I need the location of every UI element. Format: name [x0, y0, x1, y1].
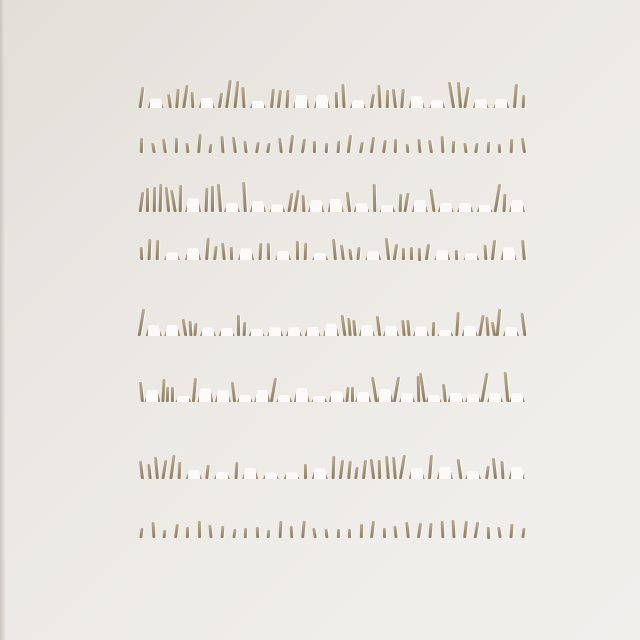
- cut-mark: [492, 458, 497, 479]
- cut-mark: [370, 521, 375, 538]
- cut-row: [140, 308, 525, 336]
- cut-mark: [209, 144, 213, 153]
- cut-mark: [509, 393, 525, 402]
- cut-mark: [365, 251, 381, 260]
- cut-mark: [496, 309, 502, 336]
- cut-mark: [289, 135, 294, 153]
- cut-mark: [215, 390, 231, 402]
- cut-mark: [146, 325, 162, 336]
- cut-mark: [521, 240, 526, 260]
- cut-mark: [324, 529, 328, 538]
- cut-mark: [162, 139, 167, 153]
- cut-mark: [418, 248, 421, 261]
- cut-mark: [382, 140, 387, 153]
- cut-mark: [242, 468, 258, 479]
- cut-mark: [501, 247, 517, 260]
- cut-mark: [138, 309, 146, 336]
- cut-mark: [463, 253, 479, 260]
- cut-mark: [475, 143, 480, 153]
- cut-mark: [336, 141, 340, 153]
- cut-mark: [371, 377, 378, 402]
- cut-mark: [425, 244, 430, 260]
- cut-mark: [293, 95, 309, 108]
- cut-mark: [479, 315, 486, 336]
- cut-mark: [243, 141, 247, 153]
- cut-mark: [151, 522, 155, 538]
- cut-mark: [347, 135, 352, 153]
- cut-mark: [182, 319, 188, 336]
- cut-mark: [462, 326, 478, 336]
- cut-mark: [199, 98, 215, 108]
- cut-mark: [139, 87, 145, 108]
- cut-mark: [284, 472, 300, 479]
- cut-mark: [332, 239, 337, 260]
- cut-mark: [153, 187, 156, 212]
- cut-mark: [151, 143, 156, 153]
- cut-mark: [413, 326, 429, 336]
- cut-mark: [500, 461, 504, 479]
- cut-mark: [204, 188, 208, 212]
- cut-mark: [205, 238, 210, 260]
- cut-mark: [521, 95, 525, 108]
- cut-mark: [402, 248, 405, 260]
- cut-mark: [428, 455, 433, 479]
- cut-mark: [465, 471, 481, 479]
- cut-mark: [378, 85, 382, 108]
- cut-mark: [230, 247, 233, 260]
- cut-mark: [429, 100, 445, 108]
- cut-mark: [401, 320, 406, 336]
- cut-row: [140, 80, 525, 108]
- cut-mark: [325, 143, 328, 153]
- cut-row: [140, 372, 525, 402]
- cut-mark: [182, 85, 188, 108]
- cut-mark: [370, 137, 375, 153]
- cut-mark: [480, 373, 488, 402]
- cut-mark: [267, 530, 271, 538]
- cut-mark: [259, 243, 263, 260]
- cut-mark: [426, 395, 442, 402]
- cut-mark: [167, 94, 172, 108]
- cut-mark: [503, 327, 519, 336]
- cut-mark: [456, 82, 461, 108]
- cut-mark: [304, 243, 308, 260]
- cut-mark: [304, 464, 307, 479]
- cut-mark: [498, 527, 502, 538]
- cut-mark: [270, 89, 275, 108]
- cut-mark: [313, 528, 318, 538]
- cut-mark: [254, 390, 270, 402]
- cut-mark: [234, 462, 238, 479]
- cut-mark: [188, 321, 192, 336]
- cut-mark: [510, 139, 514, 153]
- cut-mark: [267, 243, 270, 260]
- cut-mark: [220, 136, 224, 153]
- cut-row: [140, 182, 525, 212]
- cut-mark: [225, 80, 232, 108]
- cut-mark: [233, 81, 239, 108]
- cut-mark: [312, 253, 328, 260]
- cut-mark: [296, 241, 299, 260]
- cut-mark: [170, 190, 177, 212]
- cut-mark: [154, 457, 159, 479]
- cut-mark: [197, 134, 202, 153]
- cut-mark: [494, 184, 502, 212]
- cut-mark: [308, 200, 324, 212]
- cut-mark: [369, 94, 374, 108]
- cut-mark: [237, 395, 253, 402]
- cut-mark: [498, 144, 501, 153]
- cut-mark: [487, 393, 503, 402]
- cut-mark: [417, 139, 421, 153]
- cut-mark: [231, 137, 236, 153]
- cut-mark: [293, 190, 300, 212]
- cut-mark: [487, 527, 490, 539]
- cut-mark: [218, 93, 223, 108]
- cut-mark: [191, 92, 195, 108]
- cut-mark: [376, 316, 382, 336]
- cut-mark: [250, 201, 266, 212]
- cut-mark: [385, 456, 390, 479]
- cut-mark: [342, 84, 346, 108]
- cut-mark: [213, 246, 218, 260]
- cut-mark: [164, 325, 180, 336]
- cut-mark: [314, 95, 330, 108]
- cut-mark: [430, 189, 436, 212]
- cut-mark: [440, 136, 444, 153]
- cut-mark: [194, 323, 198, 336]
- cut-mark: [383, 326, 399, 336]
- cut-row: [140, 133, 525, 153]
- cut-mark: [465, 394, 481, 402]
- cut-mark: [178, 462, 182, 479]
- cut-mark: [394, 526, 398, 538]
- cut-row: [140, 455, 525, 479]
- cut-mark: [432, 322, 435, 336]
- cut-mark: [219, 328, 235, 336]
- cut-mark: [340, 315, 346, 336]
- cut-row: [140, 238, 525, 260]
- cut-mark: [346, 387, 350, 402]
- cut-mark: [477, 205, 493, 212]
- cut-mark: [174, 524, 179, 538]
- cut-mark: [404, 193, 410, 212]
- cut-mark: [359, 142, 364, 153]
- cut-mark: [148, 98, 164, 108]
- cut-mark: [255, 527, 258, 538]
- cut-mark: [270, 378, 277, 402]
- cut-mark: [169, 455, 175, 479]
- cut-mark: [486, 142, 490, 153]
- cut-mark: [290, 526, 294, 538]
- cut-mark: [340, 245, 345, 260]
- cut-mark: [192, 378, 197, 402]
- cut-mark: [463, 87, 470, 108]
- cut-mark: [313, 141, 316, 153]
- cut-mark: [520, 313, 526, 336]
- cut-mark: [509, 467, 525, 479]
- cut-mark: [214, 472, 230, 479]
- cut-mark: [336, 529, 339, 538]
- cut-mark: [185, 198, 201, 212]
- cut-mark: [250, 101, 266, 108]
- cut-mark: [437, 467, 453, 479]
- cut-mark: [231, 382, 236, 402]
- cut-mark: [386, 90, 389, 108]
- cut-mark: [206, 465, 211, 479]
- cut-mark: [485, 466, 490, 479]
- cut-mark: [238, 248, 254, 260]
- cut-mark: [394, 139, 397, 153]
- cut-mark: [263, 472, 279, 479]
- cut-mark: [139, 461, 144, 479]
- cut-mark: [146, 188, 149, 212]
- cut-mark: [332, 456, 336, 479]
- cut-mark: [278, 138, 283, 153]
- cut-mark: [243, 322, 247, 336]
- cut-mark: [412, 200, 428, 212]
- cut-mark: [277, 90, 282, 108]
- cut-mark: [399, 194, 403, 212]
- cut-mark: [255, 142, 260, 153]
- cut-mark: [409, 468, 425, 479]
- cut-mark: [186, 143, 190, 153]
- cut-mark: [221, 526, 225, 538]
- cut-mark: [360, 524, 363, 538]
- cut-mark: [379, 205, 395, 212]
- cut-mark: [224, 203, 240, 212]
- cut-mark: [373, 184, 377, 212]
- cut-mark: [148, 239, 152, 260]
- cut-mark: [166, 387, 169, 402]
- cut-mark: [393, 377, 400, 402]
- cut-mark: [267, 327, 283, 336]
- cut-mark: [312, 468, 328, 479]
- cut-mark: [455, 312, 459, 336]
- cut-mark: [171, 387, 174, 402]
- cut-mark: [198, 521, 201, 538]
- cut-mark: [216, 184, 221, 212]
- cut-mark: [351, 387, 354, 402]
- cut-mark: [456, 459, 462, 479]
- cut-mark: [428, 523, 432, 538]
- cut-mark: [285, 90, 289, 108]
- cut-mark: [502, 194, 506, 212]
- cut-mark: [428, 140, 433, 153]
- cut-mark: [329, 391, 345, 402]
- cut-mark: [347, 461, 352, 479]
- cut-mark: [294, 388, 310, 402]
- cut-mark: [163, 530, 167, 538]
- cut-mark: [362, 460, 367, 479]
- cut-mark: [197, 388, 213, 402]
- cut-mark: [448, 393, 464, 402]
- cut-mark: [448, 82, 455, 108]
- cut-mark: [383, 528, 386, 538]
- cut-mark: [440, 521, 444, 538]
- cut-mark: [520, 138, 525, 153]
- cut-mark: [278, 521, 282, 538]
- cut-mark: [349, 249, 353, 260]
- cut-mark: [328, 199, 344, 212]
- cut-mark: [474, 522, 480, 538]
- cut-mark: [354, 467, 359, 479]
- cut-mark: [399, 455, 406, 479]
- cut-mark: [457, 203, 473, 212]
- cut-mark: [242, 87, 246, 108]
- cut-mark: [286, 327, 302, 336]
- cut-mark: [147, 464, 152, 479]
- cut-mark: [437, 330, 453, 336]
- cut-mark: [276, 395, 292, 402]
- cut-mark: [442, 384, 447, 402]
- cut-mark: [378, 460, 382, 479]
- cut-mark: [175, 89, 179, 108]
- cut-mark: [159, 184, 163, 212]
- cut-mark: [503, 372, 509, 402]
- cut-mark: [393, 244, 399, 260]
- cut-mark: [452, 520, 456, 538]
- cut-mark: [139, 382, 144, 402]
- cut-mark: [139, 192, 145, 212]
- cut-mark: [185, 248, 201, 260]
- cut-mark: [232, 529, 236, 538]
- cut-mark: [161, 460, 167, 479]
- cut-mark: [140, 138, 143, 153]
- cut-mark: [348, 529, 351, 538]
- cut-mark: [186, 527, 189, 538]
- cut-mark: [509, 200, 525, 212]
- paper-edge: [0, 0, 5, 640]
- cut-mark: [385, 238, 390, 260]
- cut-mark: [156, 240, 160, 260]
- cut-mark: [405, 522, 410, 538]
- cut-mark: [434, 250, 450, 260]
- cut-mark: [175, 138, 178, 153]
- cut-mark: [243, 182, 248, 212]
- cut-mark: [249, 329, 265, 336]
- cut-mark: [438, 203, 454, 212]
- cut-mark: [407, 320, 411, 336]
- cut-mark: [266, 143, 271, 153]
- cut-mark: [350, 100, 366, 108]
- cut-mark: [339, 460, 344, 479]
- cut-mark: [178, 185, 182, 212]
- cut-mark: [392, 89, 397, 108]
- cut-mark: [221, 243, 226, 260]
- cut-mark: [416, 523, 421, 538]
- cut-mark: [513, 84, 518, 108]
- cut-mark: [347, 318, 352, 336]
- cut-mark: [473, 99, 489, 108]
- cut-mark: [400, 89, 405, 108]
- cut-mark: [244, 528, 247, 538]
- cut-mark: [399, 393, 415, 402]
- cut-mark: [521, 528, 525, 538]
- cut-mark: [140, 247, 144, 260]
- cut-mark: [491, 240, 496, 260]
- cut-mark: [323, 323, 339, 336]
- cut-mark: [455, 250, 458, 260]
- cut-mark: [311, 396, 327, 402]
- cut-mark: [301, 195, 305, 212]
- cut-mark: [301, 521, 306, 538]
- cut-mark: [406, 144, 410, 153]
- cut-mark: [209, 525, 213, 538]
- cut-mark: [485, 317, 489, 336]
- cut-mark: [200, 327, 216, 336]
- cut-mark: [164, 252, 180, 260]
- cut-mark: [334, 92, 338, 108]
- cut-mark: [352, 320, 357, 336]
- cut-mark: [175, 396, 191, 402]
- cut-mark: [409, 96, 425, 108]
- cut-mark: [484, 245, 488, 260]
- cut-mark: [186, 470, 202, 479]
- cut-mark: [410, 247, 413, 260]
- cut-mark: [269, 204, 285, 212]
- cut-mark: [493, 99, 509, 108]
- cut-mark: [463, 143, 467, 153]
- cut-mark: [211, 186, 214, 212]
- paper-artwork: [0, 0, 640, 640]
- cut-mark: [275, 251, 291, 260]
- cut-mark: [355, 392, 371, 403]
- cut-mark: [287, 193, 293, 212]
- cut-mark: [357, 247, 361, 260]
- cut-mark: [301, 139, 306, 153]
- cut-mark: [305, 327, 321, 336]
- cut-mark: [144, 390, 160, 402]
- cut-mark: [377, 389, 393, 402]
- cut-mark: [139, 528, 143, 538]
- cut-mark: [463, 521, 468, 538]
- cut-mark: [392, 457, 397, 479]
- cut-mark: [452, 141, 456, 153]
- cut-row: [140, 520, 525, 538]
- cut-mark: [237, 315, 240, 336]
- cut-mark: [510, 524, 514, 538]
- cut-mark: [346, 192, 351, 212]
- cut-mark: [354, 203, 370, 212]
- cut-mark: [369, 459, 375, 479]
- cut-mark: [359, 325, 375, 336]
